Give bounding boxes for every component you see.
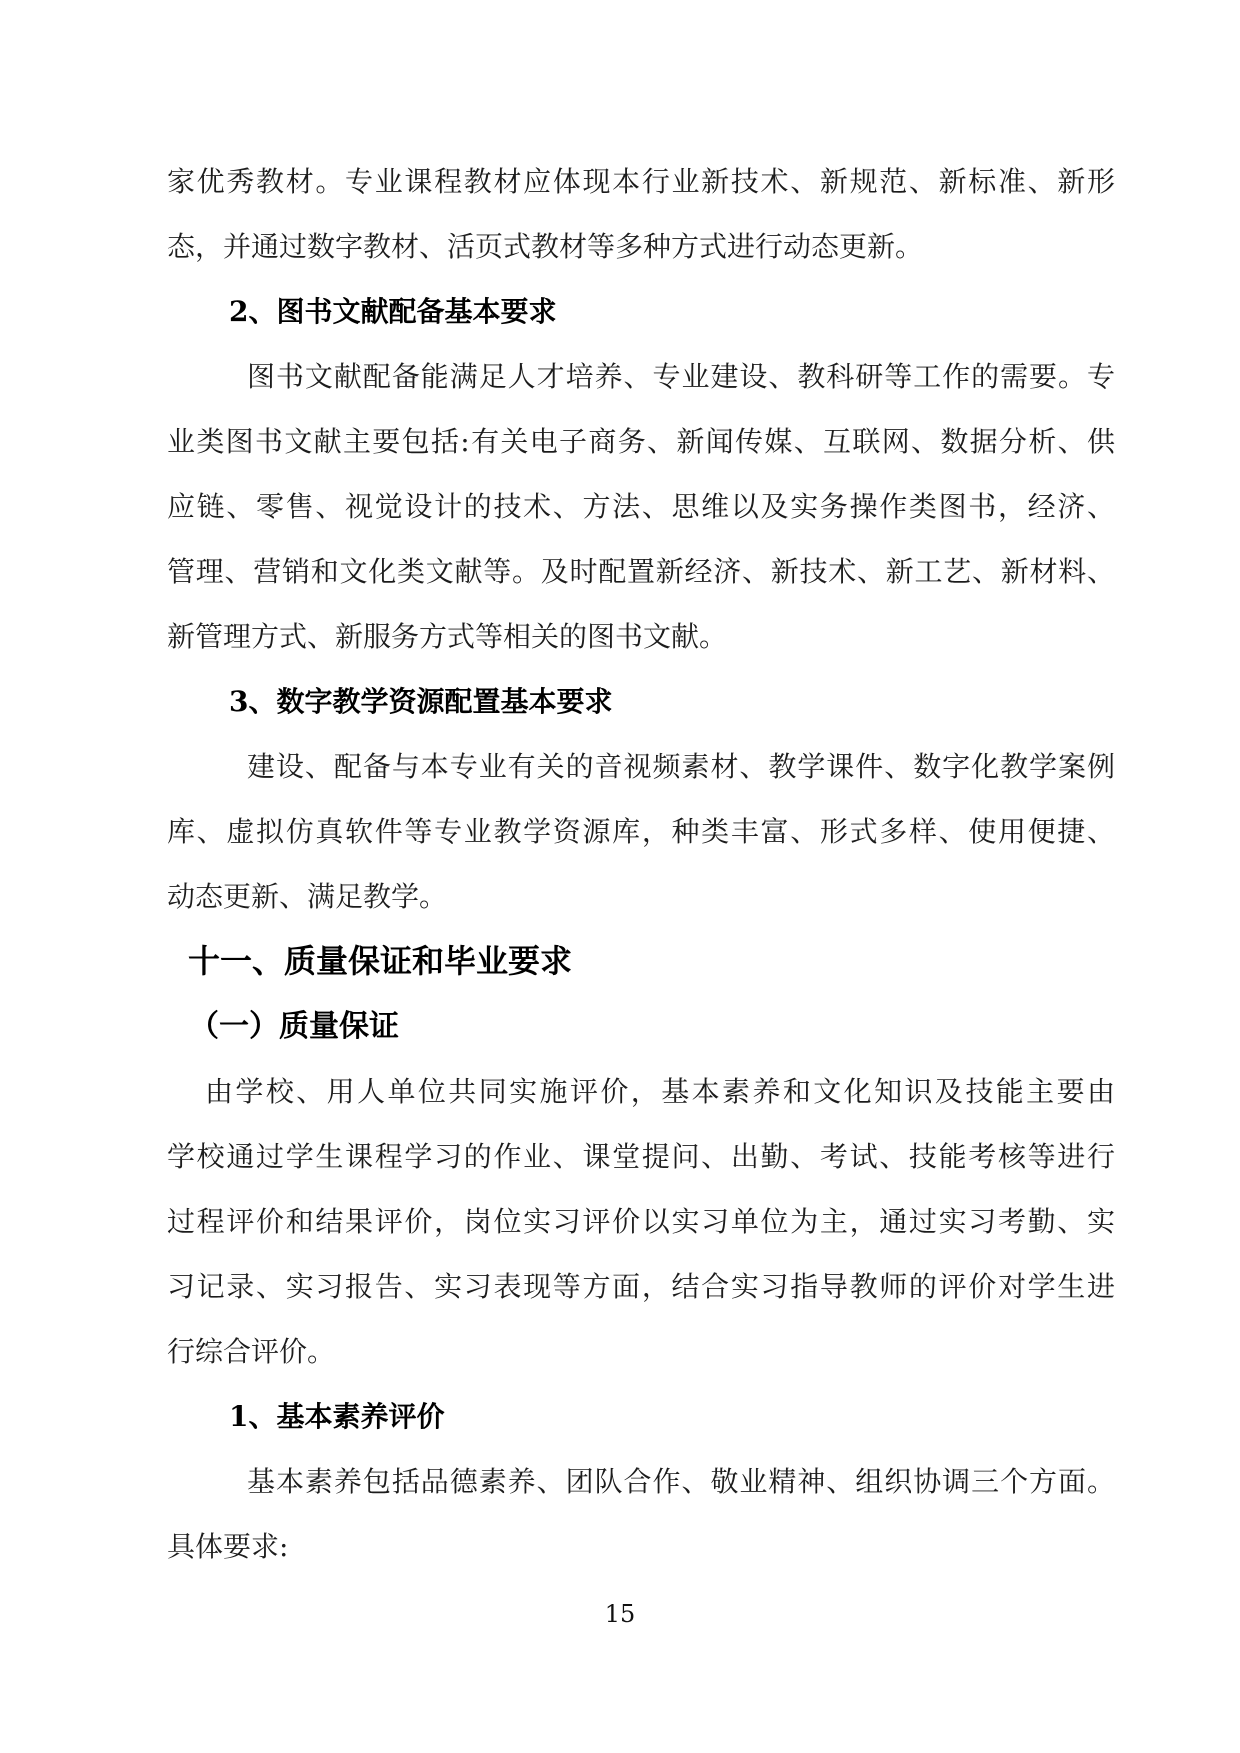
paragraph-line: 由学校、用人单位共同实施评价，基本素养和文化知识及技能主要由 xyxy=(167,1059,1115,1124)
section-heading: 2、图书文献配备基本要求 xyxy=(167,279,1115,344)
paragraph-line: 习记录、实习报告、实习表现等方面，结合实习指导教师的评价对学生进 xyxy=(167,1254,1115,1319)
section-heading: 3、数字教学资源配置基本要求 xyxy=(167,669,1115,734)
paragraph-line: 家优秀教材。专业课程教材应体现本行业新技术、新规范、新标准、新形 xyxy=(167,149,1115,214)
page-number: 15 xyxy=(0,1598,1240,1630)
document-page: 家优秀教材。专业课程教材应体现本行业新技术、新规范、新标准、新形 态，并通过数字… xyxy=(0,0,1240,1753)
paragraph-line: 具体要求: xyxy=(167,1514,1115,1579)
paragraph-line: 建设、配备与本专业有关的音视频素材、教学课件、数字化教学案例 xyxy=(167,734,1115,799)
paragraph-line: 库、虚拟仿真软件等专业教学资源库，种类丰富、形式多样、使用便捷、 xyxy=(167,799,1115,864)
subsection-heading: （一）质量保证 xyxy=(167,994,1115,1059)
paragraph-line: 管理、营销和文化类文献等。及时配置新经济、新技术、新工艺、新材料、 xyxy=(167,539,1115,604)
paragraph-line: 态，并通过数字教材、活页式教材等多种方式进行动态更新。 xyxy=(167,214,1115,279)
paragraph-line: 基本素养包括品德素养、团队合作、敬业精神、组织协调三个方面。 xyxy=(167,1449,1115,1514)
paragraph-line: 新管理方式、新服务方式等相关的图书文献。 xyxy=(167,604,1115,669)
paragraph-line: 行综合评价。 xyxy=(167,1319,1115,1384)
paragraph-line: 学校通过学生课程学习的作业、课堂提问、出勤、考试、技能考核等进行 xyxy=(167,1124,1115,1189)
paragraph-line: 业类图书文献主要包括:有关电子商务、新闻传媒、互联网、数据分析、供 xyxy=(167,409,1115,474)
paragraph-line: 动态更新、满足教学。 xyxy=(167,864,1115,929)
paragraph-line: 过程评价和结果评价，岗位实习评价以实习单位为主，通过实习考勤、实 xyxy=(167,1189,1115,1254)
document-body: 家优秀教材。专业课程教材应体现本行业新技术、新规范、新标准、新形 态，并通过数字… xyxy=(167,149,1115,1579)
section-heading: 1、基本素养评价 xyxy=(167,1384,1115,1449)
chapter-heading: 十一、质量保证和毕业要求 xyxy=(167,929,1115,994)
paragraph-line: 图书文献配备能满足人才培养、专业建设、教科研等工作的需要。专 xyxy=(167,344,1115,409)
paragraph-line: 应链、零售、视觉设计的技术、方法、思维以及实务操作类图书，经济、 xyxy=(167,474,1115,539)
